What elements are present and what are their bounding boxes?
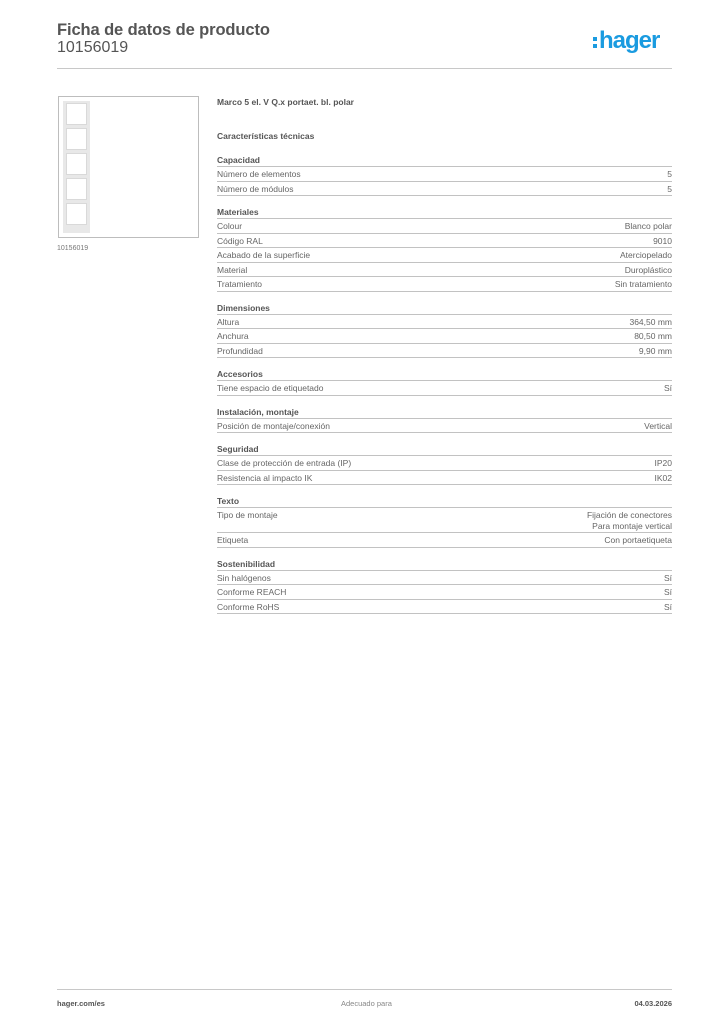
spec-value-line: Sí [664,383,672,394]
spec-row: Acabado de la superficieAterciopelado [217,248,672,263]
spec-label: Clase de protección de entrada (IP) [217,458,351,469]
spec-row: Clase de protección de entrada (IP)IP20 [217,456,672,471]
frame-slot [66,178,87,200]
spec-row: Tipo de montajeFijación de conectoresPar… [217,508,672,533]
spec-value: Sí [664,573,672,584]
spec-label: Resistencia al impacto IK [217,473,312,484]
frame-illustration [63,101,90,233]
spec-label: Tipo de montaje [217,510,278,521]
spec-group: TextoTipo de montajeFijación de conector… [217,495,672,548]
spec-group: MaterialesColourBlanco polarCódigo RAL90… [217,206,672,292]
spec-value: IK02 [655,473,673,484]
spec-row: Anchura80,50 mm [217,329,672,344]
spec-group: CapacidadNúmero de elementos5Número de m… [217,154,672,196]
spec-value-line: IP20 [655,458,673,469]
spec-row: Posición de montaje/conexiónVertical [217,419,672,434]
spec-value-line: 9,90 mm [639,346,672,357]
spec-value-line: Blanco polar [625,221,672,232]
spec-value-line: Sí [664,587,672,598]
spec-group-title: Accesorios [217,368,672,381]
spec-label: Tratamiento [217,279,262,290]
spec-value-line: Aterciopelado [620,250,672,261]
spec-value-line: Duroplástico [625,265,672,276]
footer-divider [57,989,672,990]
spec-label: Número de elementos [217,169,301,180]
product-code: 10156019 [57,39,128,57]
spec-value: Sin tratamiento [615,279,672,290]
product-image [58,96,199,238]
page-title: Ficha de datos de producto [57,21,270,40]
spec-group: SostenibilidadSin halógenosSíConforme RE… [217,558,672,615]
spec-row: Altura364,50 mm [217,315,672,330]
spec-row: Conforme REACHSí [217,585,672,600]
spec-label: Código RAL [217,236,263,247]
spec-label: Posición de montaje/conexión [217,421,330,432]
spec-group: AccesoriosTiene espacio de etiquetadoSí [217,368,672,396]
tech-heading: Características técnicas [217,130,672,142]
spec-row: Sin halógenosSí [217,571,672,586]
spec-value: 364,50 mm [629,317,672,328]
spec-value-line: Con portaetiqueta [604,535,672,546]
spec-label: Conforme RoHS [217,602,279,613]
footer-website-link[interactable]: hager.com/es [57,999,105,1008]
spec-group-title: Materiales [217,206,672,219]
spec-value: Con portaetiqueta [604,535,672,546]
spec-value-line: Vertical [644,421,672,432]
spec-value-line: Sin tratamiento [615,279,672,290]
spec-group-title: Seguridad [217,443,672,456]
spec-group-title: Dimensiones [217,302,672,315]
spec-value-line: Para montaje vertical [587,521,672,532]
spec-group-title: Capacidad [217,154,672,167]
spec-row: MaterialDuroplástico [217,263,672,278]
spec-row: Conforme RoHSSí [217,600,672,615]
frame-slot [66,128,87,150]
footer-center-text: Adecuado para [341,999,392,1008]
spec-label: Sin halógenos [217,573,271,584]
spec-row: Tiene espacio de etiquetadoSí [217,381,672,396]
spec-label: Profundidad [217,346,263,357]
spec-value-line: 80,50 mm [634,331,672,342]
header-divider [57,68,672,69]
spec-content: Marco 5 el. V Q.x portaet. bl. polar Car… [217,96,672,614]
spec-label: Anchura [217,331,249,342]
spec-label: Acabado de la superficie [217,250,310,261]
spec-group: SeguridadClase de protección de entrada … [217,443,672,485]
logo-text: hager [599,27,659,54]
frame-slot [66,103,87,125]
spec-value: Vertical [644,421,672,432]
spec-value: IP20 [655,458,673,469]
spec-value: 9010 [653,236,672,247]
spec-group-title: Texto [217,495,672,508]
footer-date: 04.03.2026 [634,999,672,1008]
spec-value: Sí [664,587,672,598]
frame-slot [66,153,87,175]
spec-row: EtiquetaCon portaetiqueta [217,533,672,548]
spec-value: Sí [664,383,672,394]
spec-value-line: 5 [667,169,672,180]
spec-row: Profundidad9,90 mm [217,344,672,359]
image-caption: 10156019 [57,245,88,252]
spec-row: Número de elementos5 [217,167,672,182]
spec-row: Número de módulos5 [217,182,672,197]
spec-value: Fijación de conectoresPara montaje verti… [587,510,672,531]
spec-group-title: Sostenibilidad [217,558,672,571]
spec-value: 9,90 mm [639,346,672,357]
spec-value: 5 [667,169,672,180]
spec-row: ColourBlanco polar [217,219,672,234]
spec-value: 80,50 mm [634,331,672,342]
hager-logo: hager [593,27,659,55]
spec-group: DimensionesAltura364,50 mmAnchura80,50 m… [217,302,672,359]
spec-label: Material [217,265,247,276]
spec-groups: CapacidadNúmero de elementos5Número de m… [217,154,672,614]
spec-label: Altura [217,317,239,328]
spec-row: Resistencia al impacto IKIK02 [217,471,672,486]
spec-value-line: IK02 [655,473,673,484]
spec-label: Etiqueta [217,535,248,546]
spec-label: Tiene espacio de etiquetado [217,383,324,394]
spec-value: Blanco polar [625,221,672,232]
spec-label: Colour [217,221,242,232]
spec-value: Aterciopelado [620,250,672,261]
spec-label: Número de módulos [217,184,294,195]
spec-value-line: Fijación de conectores [587,510,672,521]
spec-label: Conforme REACH [217,587,286,598]
spec-value-line: 364,50 mm [629,317,672,328]
spec-value: 5 [667,184,672,195]
spec-value-line: 9010 [653,236,672,247]
spec-value: Duroplástico [625,265,672,276]
spec-group-title: Instalación, montaje [217,406,672,419]
spec-row: TratamientoSin tratamiento [217,277,672,292]
spec-value-line: 5 [667,184,672,195]
product-name: Marco 5 el. V Q.x portaet. bl. polar [217,96,672,108]
frame-slot [66,203,87,225]
spec-value-line: Sí [664,602,672,613]
spec-value: Sí [664,602,672,613]
spec-value-line: Sí [664,573,672,584]
spec-row: Código RAL9010 [217,234,672,249]
spec-group: Instalación, montajePosición de montaje/… [217,406,672,434]
